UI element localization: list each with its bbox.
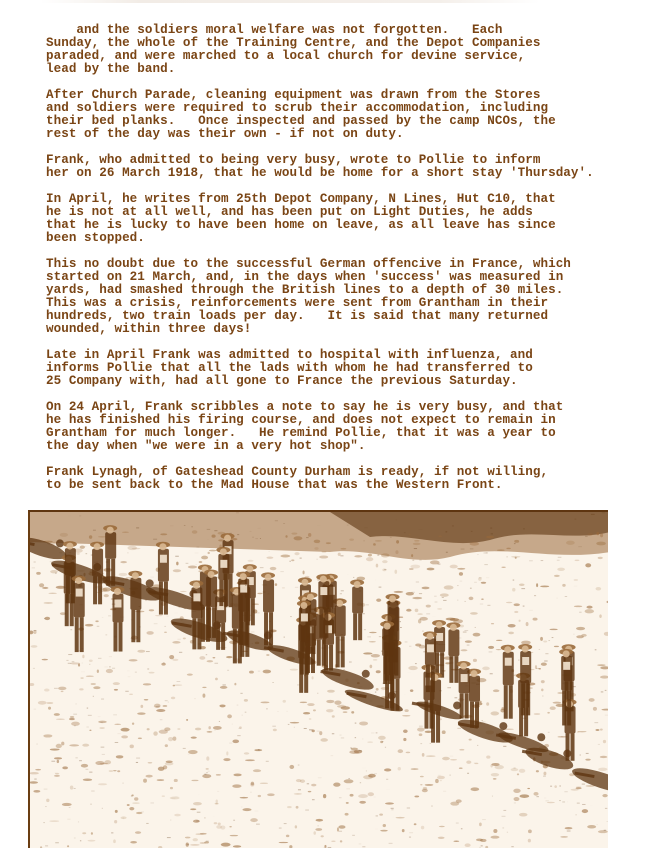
paragraph: Frank Lynagh, of Gateshead County Durham… (46, 466, 646, 492)
paragraph: Late in April Frank was admitted to hosp… (46, 349, 646, 388)
paragraph: In April, he writes from 25th Depot Comp… (46, 193, 646, 245)
wwi-soldiers-photograph (28, 510, 608, 848)
text-line: lead by the band. (46, 63, 646, 76)
paragraph: and the soldiers moral welfare was not f… (46, 24, 646, 76)
text-line: rest of the day was their own - if not o… (46, 128, 646, 141)
body-text: and the soldiers moral welfare was not f… (46, 24, 646, 505)
photo-image (30, 512, 608, 848)
text-line: to be sent back to the Mad House that wa… (46, 479, 646, 492)
paragraph: After Church Parade, cleaning equipment … (46, 89, 646, 141)
text-line: 25 Company with, had all gone to France … (46, 375, 646, 388)
text-line: been stopped. (46, 232, 646, 245)
document-page: and the soldiers moral welfare was not f… (0, 0, 660, 865)
text-line: the day when "we were in a very hot shop… (46, 440, 646, 453)
paragraph: This no doubt due to the successful Germ… (46, 258, 646, 336)
text-line: her on 26 March 1918, that he would be h… (46, 167, 646, 180)
paragraph: On 24 April, Frank scribbles a note to s… (46, 401, 646, 453)
paragraph: Frank, who admitted to being very busy, … (46, 154, 646, 180)
cropped-header-remnant (40, 0, 540, 3)
text-line: wounded, within three days! (46, 323, 646, 336)
